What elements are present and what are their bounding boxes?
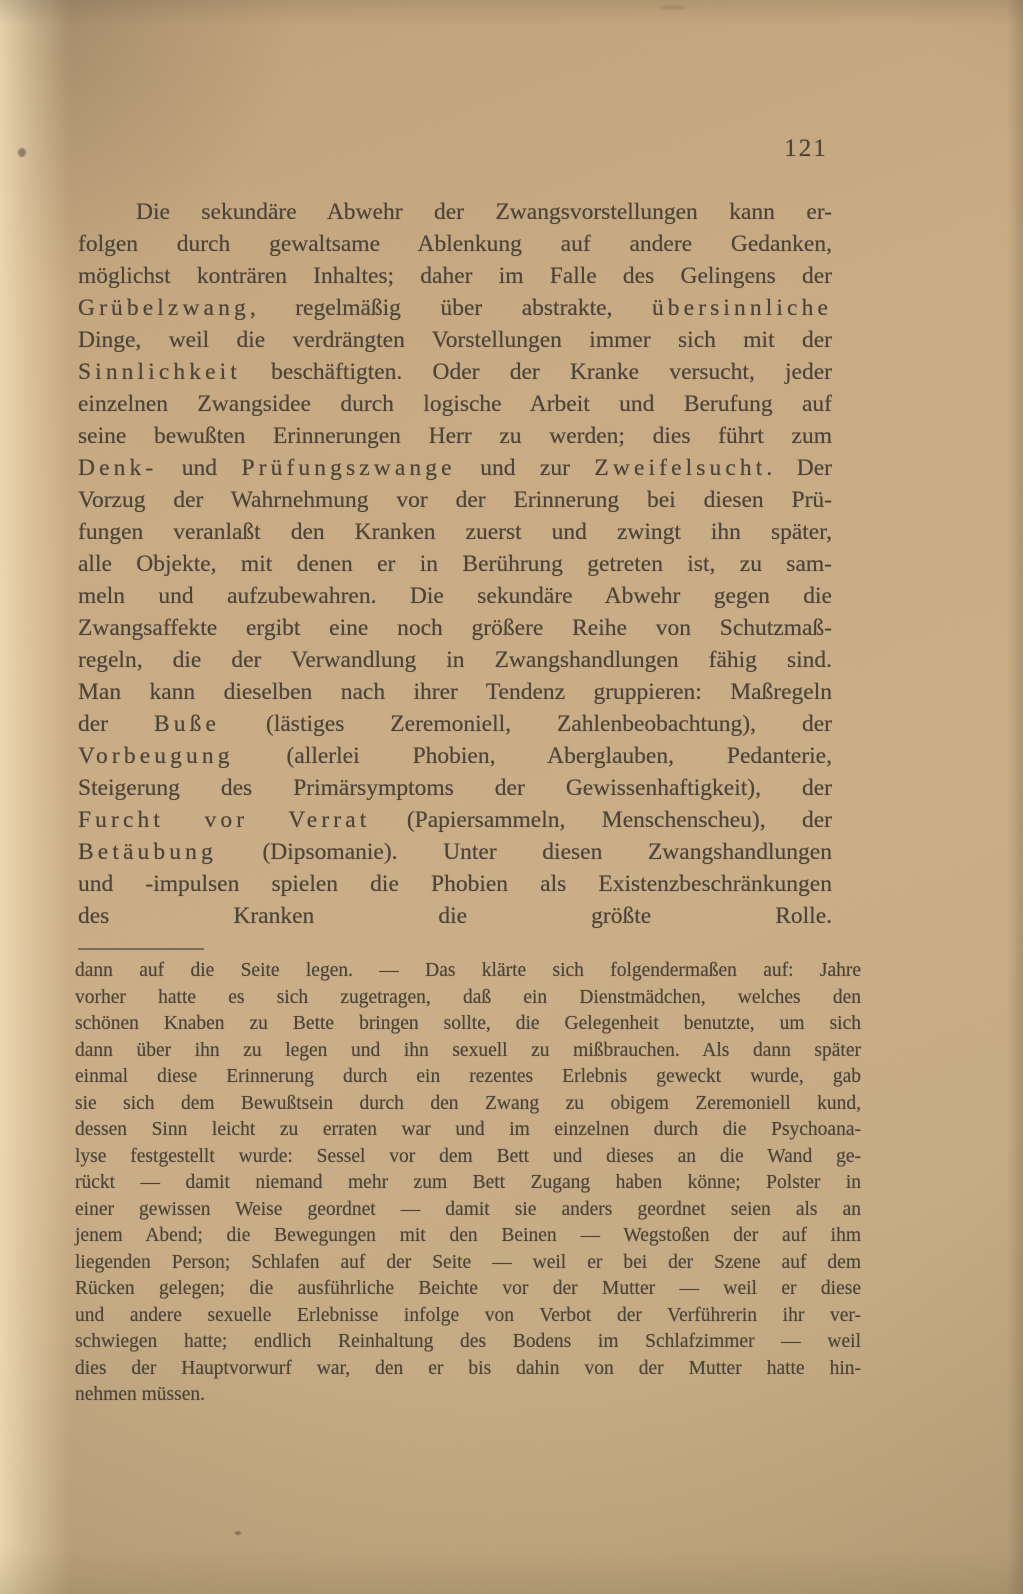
footnote-separator	[78, 948, 204, 950]
footnote: dann auf die Seite legen. — Das klärte s…	[75, 958, 861, 1409]
footnote-line: vorher hatte es sich zugetragen, daß ein…	[75, 985, 861, 1012]
text-line: Betäubung (Dipsomanie). Unter diesen Zwa…	[78, 836, 832, 868]
text-line: der Buße (lästiges Zeremoniell, Zahlenbe…	[78, 708, 832, 740]
footnote-line: rückt — damit niemand mehr zum Bett Zuga…	[75, 1170, 861, 1197]
text-line: möglichst konträren Inhaltes; daher im F…	[78, 260, 832, 292]
ink-speck-left-margin	[18, 148, 26, 157]
text-line: und -impulsen spielen die Phobien als Ex…	[78, 868, 832, 900]
main-text: Die sekundäre Abwehr der Zwangsvorstellu…	[78, 196, 832, 932]
footnote-line: schönen Knaben zu Bette bringen sollte, …	[75, 1011, 861, 1038]
paper-crease-top	[660, 6, 686, 9]
footnote-line: nehmen müssen.	[75, 1382, 861, 1409]
text-line: seine bewußten Erinnerungen Herr zu werd…	[78, 420, 832, 452]
text-line: des Kranken die größte Rolle.	[78, 900, 832, 932]
footnote-line: einmal diese Erinnerung durch ein rezent…	[75, 1064, 861, 1091]
text-line: Man kann dieselben nach ihrer Tendenz gr…	[78, 676, 832, 708]
text-line: Zwangsaffekte ergibt eine noch größere R…	[78, 612, 832, 644]
text-line: Vorbeugung (allerlei Phobien, Aberglaube…	[78, 740, 832, 772]
footnote-line: dies der Hauptvorwurf war, den er bis da…	[75, 1356, 861, 1383]
book-page: 121 Die sekundäre Abwehr der Zwangsvorst…	[0, 0, 1023, 1594]
text-line: alle Objekte, mit denen er in Berührung …	[78, 548, 832, 580]
text-line: regeln, die der Verwandlung in Zwangshan…	[78, 644, 832, 676]
footnote-line: und andere sexuelle Erlebnisse infolge v…	[75, 1303, 861, 1330]
text-line: Dinge, weil die verdrängten Vorstellunge…	[78, 324, 832, 356]
text-line: Steigerung des Primärsymptoms der Gewiss…	[78, 772, 832, 804]
text-line: Furcht vor Verrat (Papiersammeln, Mensch…	[78, 804, 832, 836]
text-line: Die sekundäre Abwehr der Zwangsvorstellu…	[78, 196, 832, 228]
footnote-line: schwiegen hatte; endlich Reinhaltung des…	[75, 1329, 861, 1356]
text-line: Grübelzwang, regelmäßig über abstrakte, …	[78, 292, 832, 324]
text-line: Vorzug der Wahrnehmung vor der Erinnerun…	[78, 484, 832, 516]
footnote-line: dann über ihn zu legen und ihn sexuell z…	[75, 1038, 861, 1065]
footnote-line: dessen Sinn leicht zu erraten war und im…	[75, 1117, 861, 1144]
footnote-line: dann auf die Seite legen. — Das klärte s…	[75, 958, 861, 985]
text-line: meln und aufzubewahren. Die sekundäre Ab…	[78, 580, 832, 612]
text-line: einzelnen Zwangsidee durch logische Arbe…	[78, 388, 832, 420]
text-line: Sinnlichkeit beschäftigten. Oder der Kra…	[78, 356, 832, 388]
page-number: 121	[740, 135, 872, 163]
footnote-line: Rücken gelegen; die ausführliche Beichte…	[75, 1276, 861, 1303]
footnote-line: lyse festgestellt wurde: Sessel vor dem …	[75, 1144, 861, 1171]
footnote-line: liegenden Person; Schlafen auf der Seite…	[75, 1250, 861, 1277]
footnote-line: jenem Abend; die Bewegungen mit den Bein…	[75, 1223, 861, 1250]
text-line: Denk- und Prüfungszwange und zur Zweifel…	[78, 452, 832, 484]
ink-speck-bottom	[235, 1531, 241, 1535]
footnote-line: einer gewissen Weise geordnet — damit si…	[75, 1197, 861, 1224]
text-line: fungen veranlaßt den Kranken zuerst und …	[78, 516, 832, 548]
footnote-line: sie sich dem Bewußtsein durch den Zwang …	[75, 1091, 861, 1118]
text-line: folgen durch gewaltsame Ablenkung auf an…	[78, 228, 832, 260]
